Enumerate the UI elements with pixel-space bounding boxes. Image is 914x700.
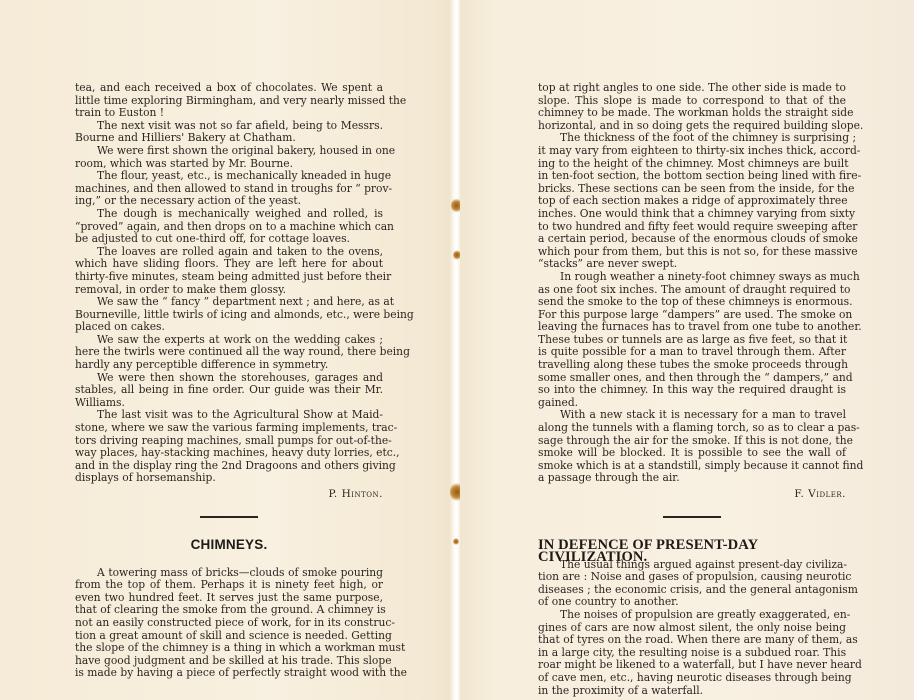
left-column: tea, and each received a box of chocolat… (75, 82, 383, 680)
text-line: stone, where we saw the various farming … (75, 422, 383, 435)
text-line: inches. One would think that a chimney v… (538, 208, 846, 221)
text-line: way places, hay-stacking machines, heavy… (75, 447, 383, 460)
text-line: a passage through the air. (538, 472, 846, 485)
text-line: send the smoke to the top of these chimn… (538, 296, 846, 309)
text-line: thirty-five minutes, steam being admitte… (75, 271, 383, 284)
text-line: of cave men, etc., having neurotic disea… (538, 672, 846, 685)
signature-p-hinton: P. Hinton. (75, 488, 383, 502)
section-divider (200, 516, 258, 518)
left-page: tea, and each received a box of chocolat… (0, 0, 452, 700)
text-line: leaving the furnaces has to travel from … (538, 321, 846, 334)
text-line: from the top of them. Perhaps it is nine… (75, 579, 383, 592)
text-line: The flour, yeast, etc., is mechanically … (75, 170, 383, 183)
foxing-stain (453, 538, 459, 545)
text-line: is made by having a piece of perfectly s… (75, 667, 383, 680)
text-line: We saw the “ fancy ” department next ; a… (75, 296, 383, 309)
text-line: along the tunnels with a flaming torch, … (538, 422, 846, 435)
text-line: smoke will be blocked. It is possible to… (538, 447, 846, 460)
text-line: so into the chimney. In this way the req… (538, 384, 846, 397)
text-line: a certain period, because of the enormou… (538, 233, 846, 246)
chimneys-title: CHIMNEYS. (75, 539, 383, 557)
right-page: top at right angles to one side. The oth… (460, 0, 914, 700)
section-divider (663, 516, 721, 518)
text-line: hardly any perceptible difference in sym… (75, 359, 383, 372)
text-line: chimney to be made. The workman holds th… (538, 107, 846, 120)
text-line: displays of horsemanship. (75, 472, 383, 485)
text-line: The dough is mechanically weighed and ro… (75, 208, 383, 221)
bakery-visit-article-continued: tea, and each received a box of chocolat… (75, 82, 383, 485)
chimneys-article-continued: top at right angles to one side. The oth… (538, 82, 846, 485)
text-line: top at right angles to one side. The oth… (538, 82, 846, 95)
text-line: The noises of propulsion are greatly exa… (538, 609, 846, 622)
text-line: In rough weather a ninety-foot chimney s… (538, 271, 846, 284)
text-line: placed on cakes. (75, 321, 383, 334)
text-line: in the proximity of a waterfall. (538, 685, 846, 698)
text-line: tea, and each received a box of chocolat… (75, 82, 383, 95)
text-line: We were first shown the original bakery,… (75, 145, 383, 158)
text-line: in ten-foot section, the bottom section … (538, 170, 846, 183)
civilization-article-body: The usual things argued against present-… (538, 559, 846, 698)
text-line: tion are : Noise and gases of propulsion… (538, 571, 846, 584)
text-line: that of tyres on the road. When there ar… (538, 634, 846, 647)
text-line: train to Euston ! (75, 107, 383, 120)
text-line: stables, all being in fine order. Our gu… (75, 384, 383, 397)
right-column: top at right angles to one side. The oth… (538, 82, 846, 697)
text-line: be adjusted to cut one-third off, for co… (75, 233, 383, 246)
text-line: the slope of the chimney is a thing in w… (75, 642, 383, 655)
signature-f-vidler: F. Vidler. (538, 488, 846, 502)
text-line: not an easily constructed piece of work,… (75, 617, 383, 630)
text-line: it may vary from eighteen to thirty-six … (538, 145, 846, 158)
text-line: travelling along these tubes the smoke p… (538, 359, 846, 372)
civilization-title: IN DEFENCE OF PRESENT-DAY CIVILIZATION. (538, 539, 846, 557)
chimneys-article-body: A towering mass of bricks—clouds of smok… (75, 567, 383, 680)
